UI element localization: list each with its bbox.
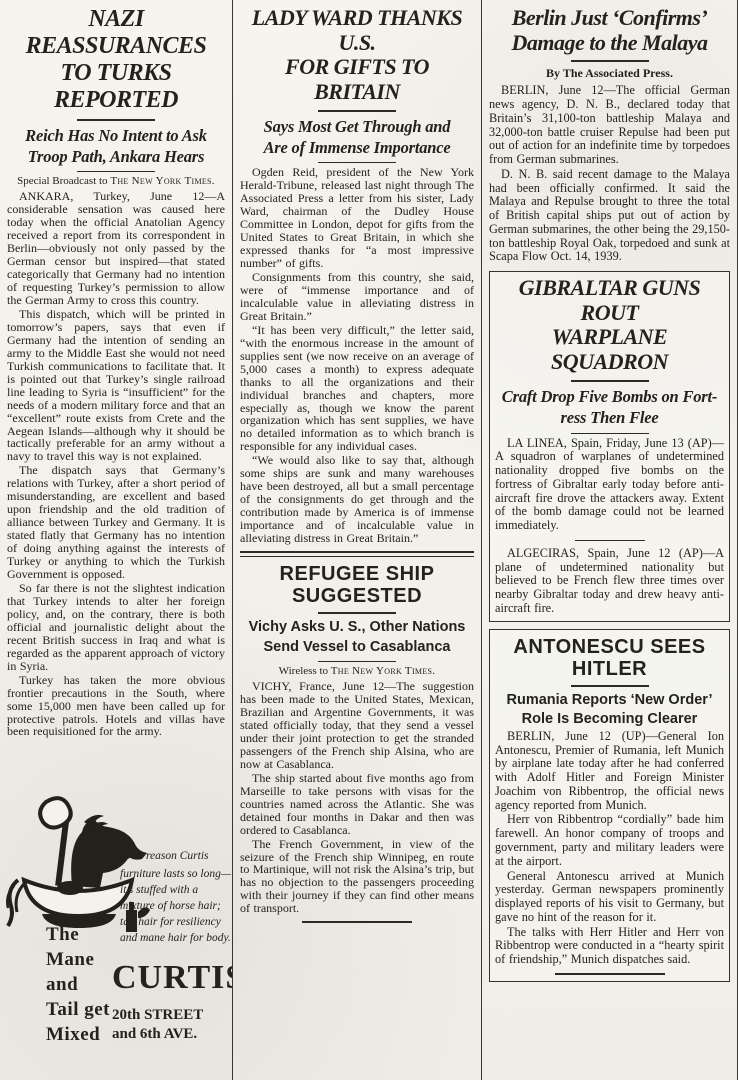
headline-line: Berlin Just ‘Confirms’ bbox=[489, 6, 730, 31]
subhead-line: Says Most Get Through and bbox=[240, 116, 474, 137]
dispatch-divider-rule bbox=[575, 540, 645, 541]
subhead: Says Most Get Through andAre of Immense … bbox=[240, 116, 474, 159]
headline-line: WARPLANE SQUADRON bbox=[495, 325, 724, 374]
ad-blurb: One reason Curtis furniture lasts so lon… bbox=[120, 842, 232, 946]
subhead-line: Troop Path, Ankara Hears bbox=[7, 146, 225, 167]
article-refugee-ship: REFUGEE SHIP SUGGESTED Vichy Asks U. S.,… bbox=[240, 563, 474, 923]
ad-tagline: TheManeandTail getMixed bbox=[46, 922, 110, 1047]
article-body: ANKARA, Turkey, June 12—A considerable s… bbox=[7, 190, 225, 738]
article-paragraph: The French Government, in view of the se… bbox=[240, 838, 474, 916]
subhead-line: Are of Immense Importance bbox=[240, 137, 474, 158]
headline-rule bbox=[571, 685, 649, 687]
headline-rule bbox=[318, 110, 396, 112]
subhead-line: Send Vessel to Casablanca bbox=[240, 638, 474, 658]
headline-line: FOR GIFTS TO BRITAIN bbox=[240, 55, 474, 104]
ad-address: 20th STREETand 6th AVE. bbox=[112, 1006, 203, 1044]
headline-rule bbox=[571, 60, 649, 62]
subhead-rule bbox=[77, 171, 155, 172]
article-paragraph: ANKARA, Turkey, June 12—A considerable s… bbox=[7, 190, 225, 307]
ad-tagline-line: Tail get bbox=[46, 997, 110, 1022]
subhead-line: Rumania Reports ‘New Order’ bbox=[495, 691, 724, 711]
article-paragraph: The ship started about five months ago f… bbox=[240, 772, 474, 837]
subhead: Vichy Asks U. S., Other NationsSend Vess… bbox=[240, 618, 474, 657]
headline: REFUGEE SHIP SUGGESTED bbox=[240, 563, 474, 607]
headline-rule bbox=[318, 612, 396, 614]
column-3: Berlin Just ‘Confirms’Damage to the Mala… bbox=[482, 0, 738, 1080]
article-lady-ward: LADY WARD THANKS U.S.FOR GIFTS TO BRITAI… bbox=[240, 6, 474, 545]
subhead-line: Reich Has No Intent to Ask bbox=[7, 125, 225, 146]
article-gibraltar-guns: GIBRALTAR GUNS ROUTWARPLANE SQUADRON Cra… bbox=[489, 271, 730, 622]
subhead: Craft Drop Five Bombs on Fort-ress Then … bbox=[495, 386, 724, 429]
article-body: BERLIN, June 12—The official German news… bbox=[489, 84, 730, 264]
headline-line: TO TURKS REPORTED bbox=[7, 60, 225, 114]
article-nazi-reassurances: NAZI REASSURANCESTO TURKS REPORTED Reich… bbox=[7, 6, 225, 738]
byline: By The Associated Press. bbox=[489, 66, 730, 81]
article-paragraph: So far there is not the slightest indica… bbox=[7, 582, 225, 673]
newspaper-page: NAZI REASSURANCESTO TURKS REPORTED Reich… bbox=[0, 0, 738, 1080]
article-paragraph: Consignments from this country, she said… bbox=[240, 271, 474, 323]
curtis-advertisement: One reason Curtis furniture lasts so lon… bbox=[0, 794, 232, 1076]
article-berlin-confirms: Berlin Just ‘Confirms’Damage to the Mala… bbox=[489, 6, 730, 264]
ad-tagline-line: Mane bbox=[46, 947, 110, 972]
headline: Berlin Just ‘Confirms’Damage to the Mala… bbox=[489, 6, 730, 55]
ad-brand: CURTIS bbox=[112, 959, 232, 997]
article-paragraph: Turkey has taken the more obvious fronti… bbox=[7, 674, 225, 739]
headline: LADY WARD THANKS U.S.FOR GIFTS TO BRITAI… bbox=[240, 6, 474, 105]
ad-address-line: 20th STREET bbox=[112, 1006, 203, 1025]
byline-paper: The New York Times. bbox=[110, 175, 215, 187]
headline: NAZI REASSURANCESTO TURKS REPORTED bbox=[7, 6, 225, 114]
subhead-line: Craft Drop Five Bombs on Fort- bbox=[495, 386, 724, 407]
headline: GIBRALTAR GUNS ROUTWARPLANE SQUADRON bbox=[495, 276, 724, 375]
article-paragraph: “It has been very difficult,” the letter… bbox=[240, 324, 474, 454]
ad-tagline-line: and bbox=[46, 972, 110, 997]
headline-line: LADY WARD THANKS U.S. bbox=[240, 6, 474, 55]
subhead: Reich Has No Intent to AskTroop Path, An… bbox=[7, 125, 225, 168]
byline: Special Broadcast to The New York Times. bbox=[7, 175, 225, 187]
article-paragraph: D. N. B. said recent damage to the Malay… bbox=[489, 168, 730, 264]
subhead-line: ress Then Flee bbox=[495, 407, 724, 428]
section-divider bbox=[240, 551, 474, 557]
ad-address-line: and 6th AVE. bbox=[112, 1025, 203, 1044]
article-paragraph: LA LINEA, Spain, Friday, June 13 (AP)—A … bbox=[495, 437, 724, 533]
subhead-line: Role Is Becoming Clearer bbox=[495, 710, 724, 730]
subhead-rule bbox=[571, 433, 649, 434]
article-paragraph: The talks with Herr Hitler and Herr von … bbox=[495, 926, 724, 967]
article-body: VICHY, France, June 12—The suggestion ha… bbox=[240, 680, 474, 915]
subhead-rule bbox=[318, 162, 396, 163]
article-antonescu-hitler: ANTONESCU SEES HITLER Rumania Reports ‘N… bbox=[489, 629, 730, 982]
article-paragraph: BERLIN, June 12 (UP)—General Ion Antones… bbox=[495, 730, 724, 813]
byline-prefix: Wireless to bbox=[279, 665, 331, 677]
headline-line: Damage to the Malaya bbox=[489, 31, 730, 56]
article-paragraph: The dispatch says that Germany’s relatio… bbox=[7, 464, 225, 581]
ad-tagline-line: The bbox=[46, 922, 110, 947]
article-paragraph: Herr von Ribbentrop “cordially” bade him… bbox=[495, 813, 724, 868]
article-paragraph: General Antonescu arrived at Munich yest… bbox=[495, 870, 724, 925]
subhead: Rumania Reports ‘New Order’Role Is Becom… bbox=[495, 691, 724, 730]
byline: Wireless to The New York Times. bbox=[240, 665, 474, 677]
article-end-rule bbox=[555, 973, 665, 975]
article-body: BERLIN, June 12 (UP)—General Ion Antones… bbox=[495, 730, 724, 967]
headline-rule bbox=[77, 119, 155, 121]
article-paragraph: This dispatch, which will be printed in … bbox=[7, 308, 225, 463]
article-body: LA LINEA, Spain, Friday, June 13 (AP)—A … bbox=[495, 437, 724, 616]
subhead-rule bbox=[318, 661, 396, 662]
article-body: Ogden Reid, president of the New York He… bbox=[240, 166, 474, 545]
column-1: NAZI REASSURANCESTO TURKS REPORTED Reich… bbox=[0, 0, 232, 1080]
headline: ANTONESCU SEES HITLER bbox=[495, 636, 724, 680]
byline-paper: The New York Times. bbox=[331, 665, 436, 677]
article-end-rule bbox=[302, 921, 412, 923]
ad-tagline-line: Mixed bbox=[46, 1022, 110, 1047]
headline-line: NAZI REASSURANCES bbox=[7, 6, 225, 60]
article-paragraph: BERLIN, June 12—The official German news… bbox=[489, 84, 730, 167]
article-paragraph: “We would also like to say that, althoug… bbox=[240, 454, 474, 545]
headline-rule bbox=[571, 380, 649, 382]
column-2: LADY WARD THANKS U.S.FOR GIFTS TO BRITAI… bbox=[232, 0, 482, 1080]
subhead-line: Vichy Asks U. S., Other Nations bbox=[240, 618, 474, 638]
headline-line: GIBRALTAR GUNS ROUT bbox=[495, 276, 724, 325]
article-paragraph: VICHY, France, June 12—The suggestion ha… bbox=[240, 680, 474, 771]
byline-prefix: Special Broadcast to bbox=[17, 175, 110, 187]
article-paragraph: ALGECIRAS, Spain, June 12 (AP)—A plane o… bbox=[495, 547, 724, 616]
article-paragraph: Ogden Reid, president of the New York He… bbox=[240, 166, 474, 270]
